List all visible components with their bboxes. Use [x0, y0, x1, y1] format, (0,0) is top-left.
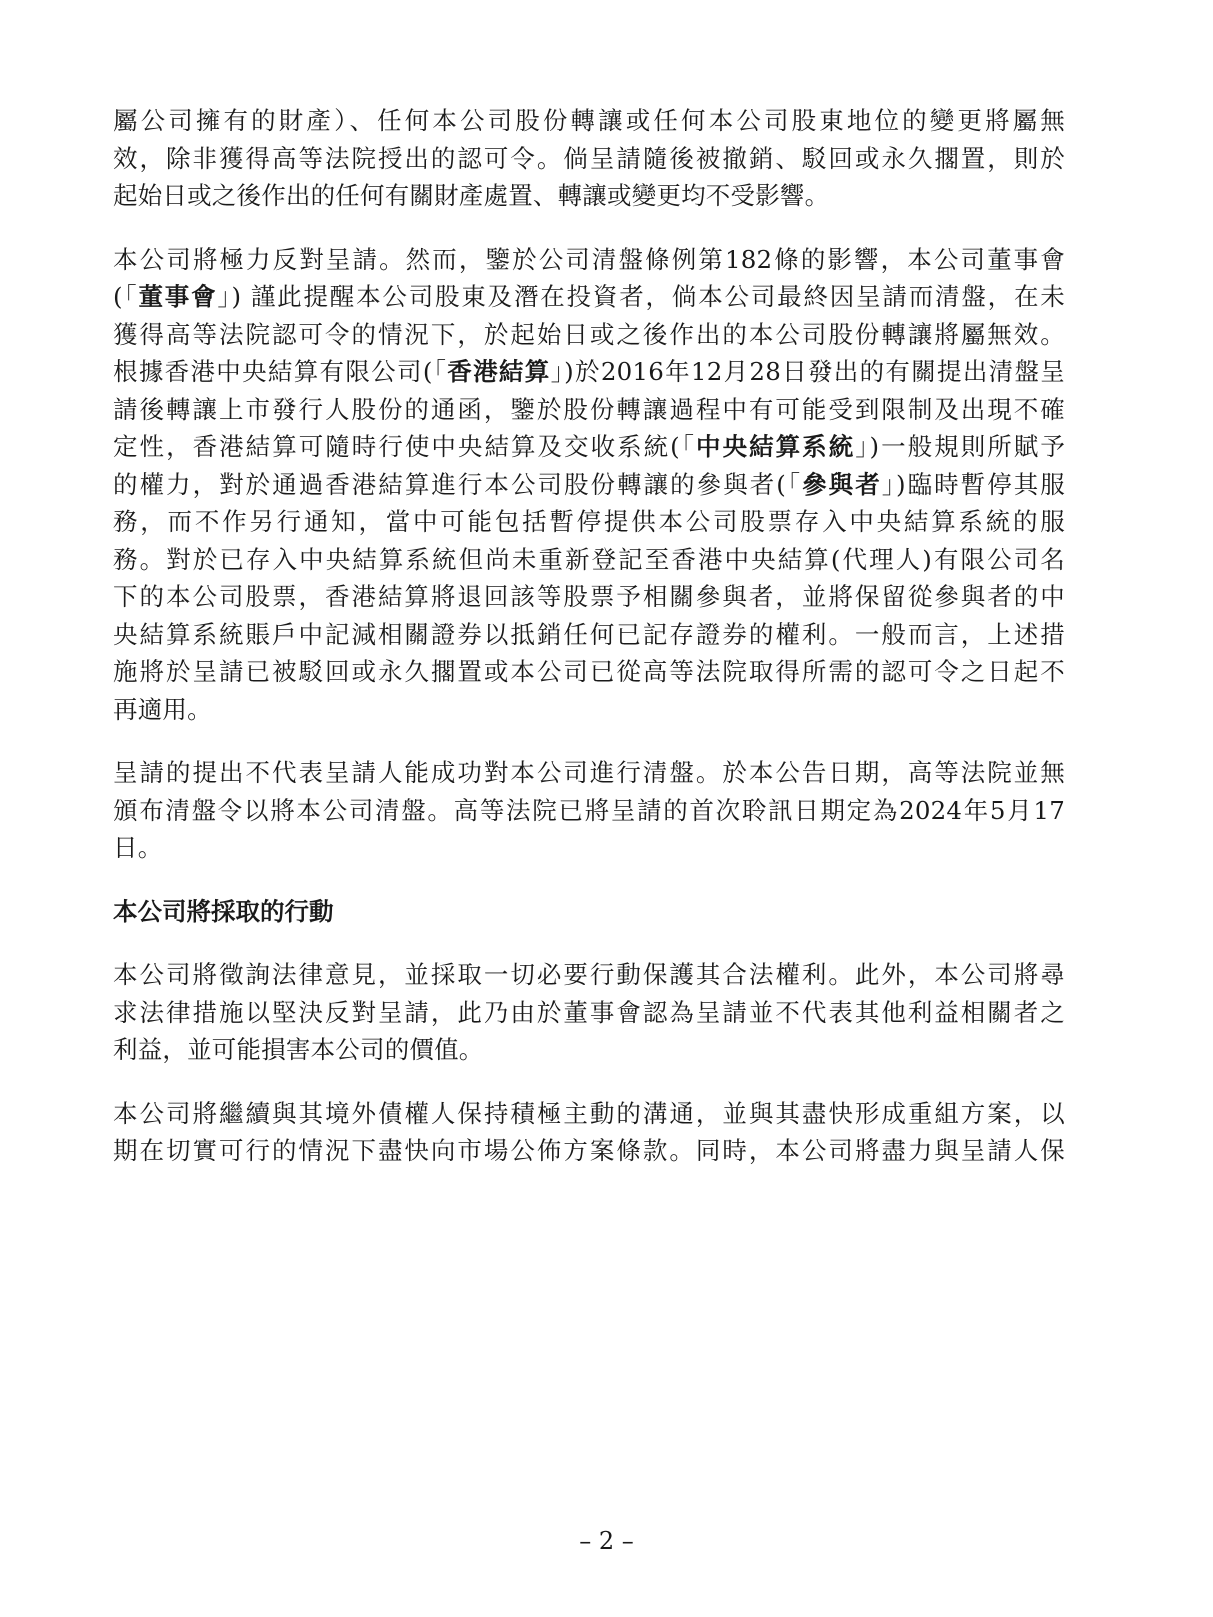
defined-term: 董事會 — [138, 282, 217, 311]
text-line: (「董事會」) 謹此提醒本公司股東及潛在投資者，倘本公司最終因呈請而清盤，在未 — [113, 278, 1065, 316]
text-line: 本公司將繼續與其境外債權人保持積極主動的溝通，並與其盡快形成重組方案，以 — [113, 1095, 1065, 1133]
page-number: – 2 – — [0, 1527, 1213, 1555]
body-text-section-actions: 本公司將徵詢法律意見，並採取一切必要行動保護其合法權利。此外，本公司將尋求法律措… — [113, 956, 1065, 1170]
text-line: 下的本公司股票，香港結算將退回該等股票予相關參與者，並將保留從參與者的中 — [113, 578, 1065, 616]
text-line: 期在切實可行的情況下盡快向市場公佈方案條款。同時，本公司將盡力與呈請人保 — [113, 1132, 1065, 1170]
text-line: 定性，香港結算可隨時行使中央結算及交收系統(「中央結算系統」)一般規則所賦予 — [113, 428, 1065, 466]
text-line: 施將於呈請已被駁回或永久擱置或本公司已從高等法院取得所需的認可令之日起不 — [113, 653, 1065, 691]
paragraph: 本公司將徵詢法律意見，並採取一切必要行動保護其合法權利。此外，本公司將尋求法律措… — [113, 956, 1065, 1069]
text-line: 利益，並可能損害本公司的價值。 — [113, 1031, 1065, 1069]
text-line: 再適用。 — [113, 691, 1065, 729]
text-line: 務。對於已存入中央結算系統但尚未重新登記至香港中央結算(代理人)有限公司名 — [113, 541, 1065, 579]
paragraph: 屬公司擁有的財產）、任何本公司股份轉讓或任何本公司股東地位的變更將屬無效，除非獲… — [113, 102, 1065, 215]
document-page: 屬公司擁有的財產）、任何本公司股份轉讓或任何本公司股東地位的變更將屬無效，除非獲… — [113, 102, 1065, 1196]
paragraph: 本公司將極力反對呈請。然而，鑒於公司清盤條例第182條的影響，本公司董事會(「董… — [113, 241, 1065, 729]
paragraph: 呈請的提出不代表呈請人能成功對本公司進行清盤。於本公告日期，高等法院並無頒布清盤… — [113, 754, 1065, 867]
text-line: 務，而不作另行通知，當中可能包括暫停提供本公司股票存入中央結算系統的服 — [113, 503, 1065, 541]
text-line: 日。 — [113, 829, 1065, 867]
text-line: 央結算系統賬戶中記減相關證券以抵銷任何已記存證券的權利。一般而言，上述措 — [113, 616, 1065, 654]
text-line: 本公司將徵詢法律意見，並採取一切必要行動保護其合法權利。此外，本公司將尋 — [113, 956, 1065, 994]
text-line: 請後轉讓上市發行人股份的通函，鑒於股份轉讓過程中有可能受到限制及出現不確 — [113, 391, 1065, 429]
text-line: 的權力，對於通過香港結算進行本公司股份轉讓的參與者(「參與者」)臨時暫停其服 — [113, 466, 1065, 504]
text-line: 頒布清盤令以將本公司清盤。高等法院已將呈請的首次聆訊日期定為2024年5月17 — [113, 792, 1065, 830]
text-line: 起始日或之後作出的任何有關財產處置、轉讓或變更均不受影響。 — [113, 177, 1065, 215]
text-line: 獲得高等法院認可令的情況下，於起始日或之後作出的本公司股份轉讓將屬無效。 — [113, 316, 1065, 354]
text-line: 屬公司擁有的財產）、任何本公司股份轉讓或任何本公司股東地位的變更將屬無 — [113, 102, 1065, 140]
text-line: 效，除非獲得高等法院授出的認可令。倘呈請隨後被撤銷、駁回或永久擱置，則於 — [113, 140, 1065, 178]
section-heading: 本公司將採取的行動 — [113, 893, 1065, 931]
body-text-section: 屬公司擁有的財產）、任何本公司股份轉讓或任何本公司股東地位的變更將屬無效，除非獲… — [113, 102, 1065, 867]
text-line: 本公司將極力反對呈請。然而，鑒於公司清盤條例第182條的影響，本公司董事會 — [113, 241, 1065, 279]
text-line: 求法律措施以堅決反對呈請，此乃由於董事會認為呈請並不代表其他利益相關者之 — [113, 994, 1065, 1032]
text-line: 呈請的提出不代表呈請人能成功對本公司進行清盤。於本公告日期，高等法院並無 — [113, 754, 1065, 792]
text-line: 根據香港中央結算有限公司(「香港結算」)於2016年12月28日發出的有關提出清… — [113, 353, 1065, 391]
paragraph: 本公司將繼續與其境外債權人保持積極主動的溝通，並與其盡快形成重組方案，以期在切實… — [113, 1095, 1065, 1170]
defined-term: 參與者 — [802, 470, 882, 499]
defined-term: 中央結算系統 — [696, 432, 855, 461]
defined-term: 香港結算 — [447, 357, 550, 386]
